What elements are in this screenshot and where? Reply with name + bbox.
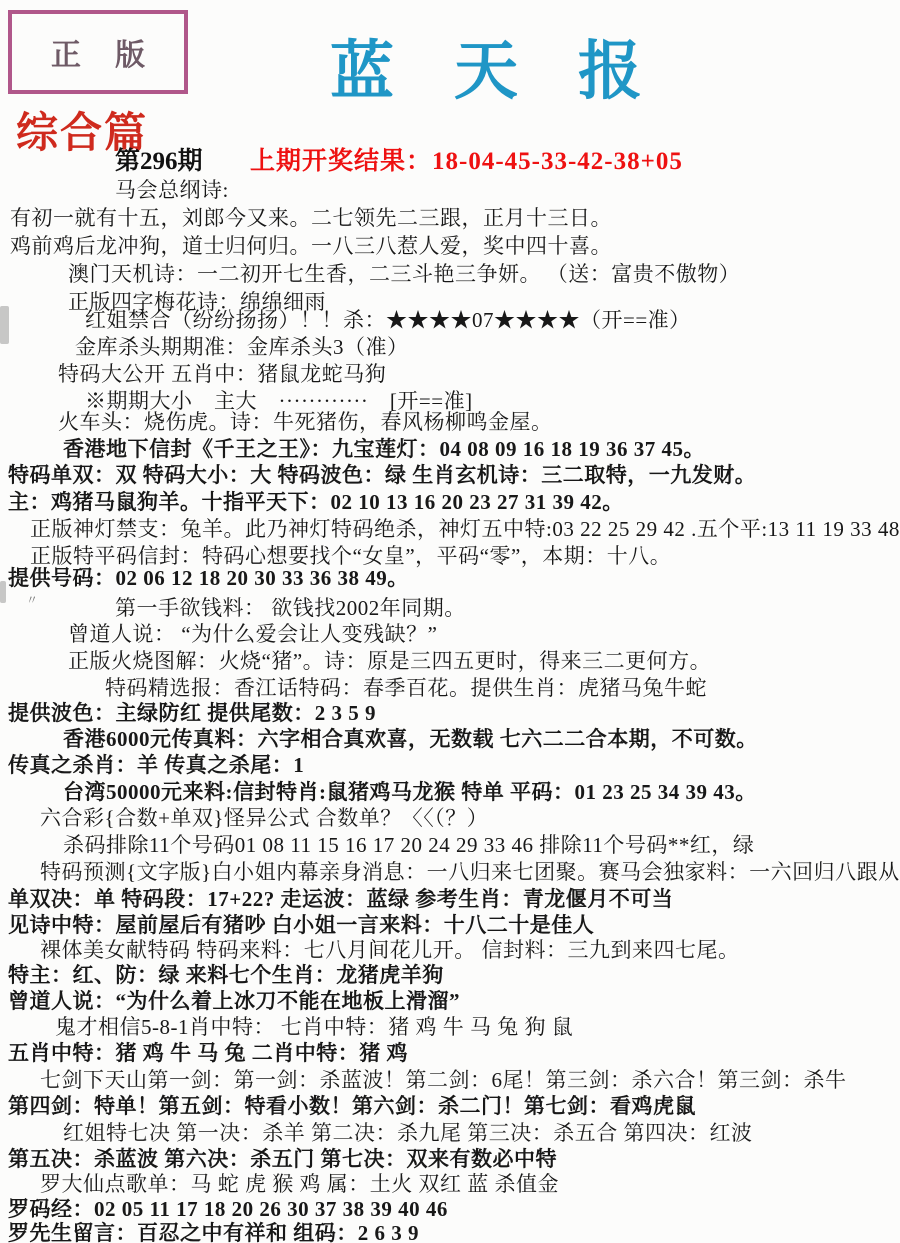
report-line: 香港地下信封《千王之王》：九宝莲灯：04 08 09 16 18 19 36 3… [63,437,705,461]
report-line: 五肖中特：猪 鸡 牛 马 兔 二肖中特：猪 鸡 [8,1041,408,1065]
report-line: 特码预测{文字版}白小姐内幕亲身消息：一八归来七团聚。赛马会独家料：一六回归八跟… [40,860,900,884]
newspaper-page: 正版 蓝天报 综合篇 第296期 上期开奖结果：18-04-45-33-42-3… [0,0,900,1243]
report-line: 六合彩{合数+单双}怪异公式 合数单？〈〈（？） [40,806,488,830]
report-line: 曾道人说： “为什么爱会让人变残缺？” [68,622,437,646]
report-line: 有初一就有十五，刘郎今又来。二七领先二三跟，正月十三日。 [10,206,612,230]
report-line: 鸡前鸡后龙冲狗，道士归何归。一八三八惹人爱，奖中四十喜。 [10,234,612,258]
report-line: 第一手欲钱料： 欲钱找2002年同期。 [115,596,466,620]
report-line: 马会总纲诗: [115,178,229,202]
report-line: 台湾50000元来料:信封特肖:鼠猪鸡马龙猴 特单 平码：01 23 25 34… [63,780,757,804]
report-line: 澳门天机诗：一二初开七生香，二三斗艳三争妍。 （送：富贵不傲物） [68,262,740,286]
report-line: 鬼才相信5-8-1肖中特： 七肖中特：猪 鸡 牛 马 兔 狗 鼠 [55,1015,573,1039]
report-line: 主：鸡猪马鼠狗羊。十指平天下：02 10 13 16 20 23 27 31 3… [8,490,624,514]
report-line: 见诗中特：屋前屋后有猪吵 白小姐一言来料：十八二十是佳人 [8,913,594,937]
scan-artifact [0,581,6,603]
report-line: 特码精选报：香江话特码：春季百花。提供生肖：虎猪马兔牛蛇 [105,676,707,700]
report-line: 提供波色：主绿防红 提供尾数：2 3 5 9 [8,701,376,725]
report-line: 红姐禁合（纷纷扬扬）！！杀：★★★★07★★★★（开==准） [85,308,691,332]
report-line: 正版特平码信封：特码心想要找个“女皇”，平码“零”，本期：十八。 [30,544,671,568]
report-line: 罗大仙点歌单：马 蛇 虎 猴 鸡 属：土火 双红 蓝 杀值金 [40,1172,559,1196]
report-line: 单双决：单 特码段：17+22? 走运波：蓝绿 参考生肖：青龙偃月不可当 [8,887,673,911]
report-line: 火车头：烧伤虎。诗：牛死猪伤，春风杨柳鸣金屋。 [58,410,553,434]
report-line: 香港6000元传真料：六字相合真欢喜，无数载 七六二二合本期，不可数。 [63,727,758,751]
report-line: 裸体美女献特码 特码来料：七八月间花儿开。 信封料：三九到来四七尾。 [40,938,740,962]
report-line: 第四剑：特单！第五剑：特看小数！第六剑：杀二门！第七剑：看鸡虎鼠 [8,1094,696,1118]
report-line: 正版火烧图解：火烧“猪”。诗：原是三四五更时，得来三二更何方。 [68,649,711,673]
report-line: 特主：红、防：绿 来料七个生肖：龙猪虎羊狗 [8,963,444,987]
report-line: 提供号码：02 06 12 18 20 30 33 36 38 49。 [8,566,409,590]
report-line: 罗码经：02 05 11 17 18 20 26 30 37 38 39 40 … [8,1197,448,1221]
report-line: 红姐特七决 第一决：杀羊 第二决：杀九尾 第三决：杀五合 第四决：红波 [63,1121,753,1145]
report-lines: 马会总纲诗:有初一就有十五，刘郎今又来。二七领先二三跟，正月十三日。鸡前鸡后龙冲… [0,0,900,1243]
scan-artifact [0,306,9,344]
report-line: 第五决：杀蓝波 第六决：杀五门 第七决：双来有数必中特 [8,1147,557,1171]
report-line: 曾道人说：“为什么着上冰刀不能在地板上滑溜” [8,989,460,1013]
report-line: 正版神灯禁支：兔羊。此乃神灯特码绝杀，神灯五中特:03 22 25 29 42 … [30,517,900,541]
report-line: 罗先生留言：百忍之中有祥和 组码：2 6 3 9 [8,1221,419,1243]
report-line: 杀码排除11个号码01 08 11 15 16 17 20 24 29 33 4… [63,833,754,857]
report-line: 七剑下天山第一剑：第一剑：杀蓝波！第二剑：6尾！第三剑：杀六合！第三剑：杀牛 [40,1068,847,1092]
report-line: 传真之杀肖：羊 传真之杀尾：1 [8,753,304,777]
report-line: 〃 [26,588,39,612]
report-line: 特码大公开 五肖中：猪鼠龙蛇马狗 [58,362,386,386]
report-line: 特码单双：双 特码大小：大 特码波色：绿 生肖玄机诗：三二取特，一九发财。 [8,463,756,487]
report-line: 金库杀头期期准：金库杀头3（准） [75,335,409,359]
